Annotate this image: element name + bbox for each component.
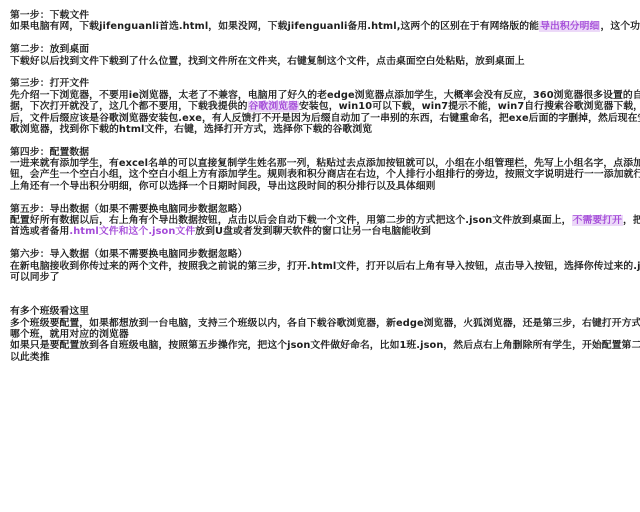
text-line: 哪个班，就用对应的浏览器 [10, 329, 634, 340]
instructions-document: 第一步：下载文件如果电脑有网，下载jifenguanli首选.html，如果没网… [0, 0, 640, 512]
text-segment: 据，下次打开就没了，这几个都不要用，下载我提供的 [10, 101, 248, 112]
text-line: 如果电脑有网，下载jifenguanli首选.html，如果没网，下载jifen… [10, 21, 634, 32]
text-line: 歌浏览器，找到你下载的html文件，右键，选择打开方式，选择你下载的谷歌浏览 [10, 124, 634, 135]
section-step-3: 第三步：打开文件先介绍一下浏览器，不要用ie浏览器，太老了不兼容，电脑用了好久的… [10, 78, 634, 135]
text-segment: 先介绍一下浏览器，不要用ie浏览器，太老了不兼容，电脑用了好久的老edge浏览器… [10, 90, 640, 101]
highlighted-term: 谷歌浏览器 [248, 101, 299, 112]
text-line: 后，文件后缀应该是谷歌浏览器安装包.exe，有人反馈打不开是因为后缀自动加了一串… [10, 113, 634, 124]
section-step-2: 第二步：放到桌面下载好以后找到文件下载到了什么位置，找到文件所在文件夹，右键复制… [10, 44, 634, 67]
text-line: 上角还有一个导出积分明细，你可以选择一个日期时间段，导出这段时间的积分排行以及具… [10, 181, 634, 192]
text-segment: 歌浏览器，找到你下载的html文件，右键，选择打开方式，选择你下载的谷歌浏览 [10, 124, 372, 135]
section-heading: 第二步：放到桌面 [10, 44, 634, 55]
section-heading: 第六步：导入数据（如果不需要换电脑同步数据忽略） [10, 249, 634, 260]
section-step-6: 第六步：导入数据（如果不需要换电脑同步数据忽略）在新电脑接收到你传过来的两个文件… [10, 249, 634, 283]
highlighted-term: 导出积分明细 [539, 21, 600, 32]
section-step-5: 第五步：导出数据（如果不需要换电脑同步数据忽略）配置好所有数据以后，右上角有个导… [10, 204, 634, 238]
text-segment: 如果电脑有网，下载jifenguanli首选.html，如果没网，下载jifen… [10, 21, 539, 32]
section-multi-class-note: 有多个班级看这里多个班级要配置，如果都想放到一台电脑，支持三个班级以内，各自下载… [10, 306, 634, 363]
text-line: 据，下次打开就没了，这几个都不要用，下载我提供的谷歌浏览器安装包，win10可以… [10, 101, 634, 112]
text-line: 如果只是要配置放到各自班级电脑，按照第五步操作完，把这个json文件做好命名，比… [10, 340, 634, 351]
text-segment: 以此类推 [10, 352, 50, 363]
section-heading: 第一步：下载文件 [10, 10, 634, 21]
text-line: 以此类推 [10, 352, 634, 363]
text-line: 一进来就有添加学生，有excel名单的可以直接复制学生姓名那一列，粘贴过去点添加… [10, 158, 634, 169]
section-step-1: 第一步：下载文件如果电脑有网，下载jifenguanli首选.html，如果没网… [10, 10, 634, 33]
text-segment: 一进来就有添加学生，有excel名单的可以直接复制学生姓名那一列，粘贴过去点添加… [10, 158, 640, 169]
text-segment: 首选或者备用 [10, 226, 69, 237]
text-line: 下载好以后找到文件下载到了什么位置，找到文件所在文件夹，右键复制这个文件，点击桌… [10, 56, 634, 67]
text-segment: ，这个功能依赖网络 [600, 21, 640, 32]
text-line: 可以同步了 [10, 272, 634, 283]
highlighted-term: 不需要打开 [572, 215, 623, 226]
text-segment: 安装包，win10可以下载，win7提示不能，win7自行搜索谷歌浏览器下载，下… [299, 101, 640, 112]
text-line: 首选或者备用.html文件和这个.json文件放到U盘或者发到聊天软件的窗口让另… [10, 226, 634, 237]
text-line: 在新电脑接收到你传过来的两个文件，按照我之前说的第三步，打开.html文件，打开… [10, 261, 634, 272]
text-segment: 配置好所有数据以后，右上角有个导出数据按钮，点击以后会自动下载一个文件，用第二步… [10, 215, 572, 226]
text-segment: 放到U盘或者发到聊天软件的窗口让另一台电脑能收到 [195, 226, 431, 237]
text-segment: 上角还有一个导出积分明细，你可以选择一个日期时间段，导出这段时间的积分排行以及具… [10, 181, 436, 192]
text-segment: 多个班级要配置，如果都想放到一台电脑，支持三个班级以内，各自下载谷歌浏览器，新e… [10, 318, 640, 329]
text-line: 钮，会产生一个空白小组，这个空白小组上方有添加学生。规则表和积分商店在右边，个人… [10, 169, 634, 180]
text-segment: 后，文件后缀应该是谷歌浏览器安装包.exe，有人反馈打不开是因为后缀自动加了一串… [10, 113, 640, 124]
text-segment: 哪个班，就用对应的浏览器 [10, 329, 129, 340]
section-heading: 有多个班级看这里 [10, 306, 634, 317]
section-heading: 第五步：导出数据（如果不需要换电脑同步数据忽略） [10, 204, 634, 215]
text-line: 配置好所有数据以后，右上角有个导出数据按钮，点击以后会自动下载一个文件，用第二步… [10, 215, 634, 226]
text-line: 先介绍一下浏览器，不要用ie浏览器，太老了不兼容，电脑用了好久的老edge浏览器… [10, 90, 634, 101]
text-segment: ，把你下载的 [623, 215, 640, 226]
text-segment: 钮，会产生一个空白小组，这个空白小组上方有添加学生。规则表和积分商店在右边，个人… [10, 169, 640, 180]
text-line: 多个班级要配置，如果都想放到一台电脑，支持三个班级以内，各自下载谷歌浏览器，新e… [10, 318, 634, 329]
text-segment: 下载好以后找到文件下载到了什么位置，找到文件所在文件夹，右键复制这个文件，点击桌… [10, 56, 525, 67]
text-segment: 可以同步了 [10, 272, 59, 283]
text-segment: 在新电脑接收到你传过来的两个文件，按照我之前说的第三步，打开.html文件，打开… [10, 261, 640, 272]
section-heading: 第三步：打开文件 [10, 78, 634, 89]
text-segment: 如果只是要配置放到各自班级电脑，按照第五步操作完，把这个json文件做好命名，比… [10, 340, 640, 351]
highlighted-term: .html文件和这个.json文件 [69, 226, 195, 237]
section-heading: 第四步：配置数据 [10, 147, 634, 158]
section-step-4: 第四步：配置数据一进来就有添加学生，有excel名单的可以直接复制学生姓名那一列… [10, 147, 634, 193]
